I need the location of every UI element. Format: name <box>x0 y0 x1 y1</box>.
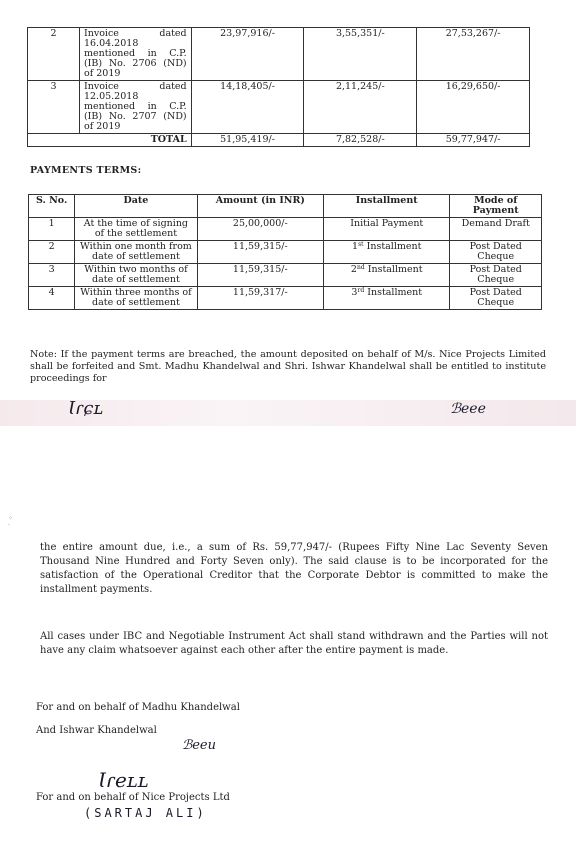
signature-right: ℬeee <box>450 401 486 417</box>
signature-left: Ɩɾɕʟ <box>68 398 103 419</box>
column-header: Installment <box>324 195 450 218</box>
invoice-table: 2 Invoice dated 16.04.2018 mentioned in … <box>27 27 530 147</box>
installment-label: Installment <box>365 264 423 275</box>
serial-no: 1 <box>29 218 75 241</box>
payment-mode: Post Dated Cheque <box>450 264 542 287</box>
installment: 1st Installment <box>324 241 450 264</box>
payment-amount: 25,00,000/- <box>197 218 323 241</box>
page-1: 2 Invoice dated 16.04.2018 mentioned in … <box>0 0 576 425</box>
invoice-description: Invoice dated 16.04.2018 mentioned in C.… <box>79 28 191 81</box>
behalf-khandelwal-line1: For and on behalf of Madhu Khandelwal <box>36 702 240 713</box>
total-interest: 7,82,528/- <box>304 134 417 147</box>
payment-terms-table: S. No.DateAmount (in INR)InstallmentMode… <box>28 194 542 310</box>
installment: 2nd Installment <box>324 264 450 287</box>
total-amount: 27,53,267/- <box>417 28 530 81</box>
installment-label: Initial Payment <box>350 218 423 229</box>
handwritten-name: (SARTAJ ALI) <box>84 806 207 820</box>
total-label: TOTAL <box>28 134 192 147</box>
ordinal-suffix: nd <box>357 264 365 271</box>
payment-row: 2 Within one month from date of settleme… <box>29 241 542 264</box>
installment-label: Installment <box>364 241 422 252</box>
principal-amount: 23,97,916/- <box>191 28 304 81</box>
invoice-row: 2 Invoice dated 16.04.2018 mentioned in … <box>28 28 530 81</box>
total-principal: 51,95,419/- <box>191 134 304 147</box>
serial-no: 4 <box>29 287 75 310</box>
payment-amount: 11,59,317/- <box>197 287 323 310</box>
invoice-row: 3 Invoice dated 12.05.2018 mentioned in … <box>28 81 530 134</box>
payment-date: Within two months of date of settlement <box>75 264 197 287</box>
scan-specks: ⁘· <box>8 515 13 529</box>
breach-note: Note: If the payment terms are breached,… <box>30 349 546 385</box>
payment-date: Within one month from date of settlement <box>75 241 197 264</box>
signature-sartaj-ali: Ɩɾeʟʟ <box>98 768 149 792</box>
payment-date: Within three months of date of settlemen… <box>75 287 197 310</box>
serial-no: 2 <box>28 28 80 81</box>
serial-no: 3 <box>28 81 80 134</box>
installment: Initial Payment <box>324 218 450 241</box>
behalf-khandelwal-line2: And Ishwar Khandelwal <box>36 725 157 736</box>
withdrawal-paragraph: All cases under IBC and Negotiable Instr… <box>40 630 548 658</box>
interest-amount: 2,11,245/- <box>304 81 417 134</box>
serial-no: 2 <box>29 241 75 264</box>
payment-amount: 11,59,315/- <box>197 264 323 287</box>
grand-total: 59,77,947/- <box>417 134 530 147</box>
payment-date: At the time of signing of the settlement <box>75 218 197 241</box>
invoice-description: Invoice dated 12.05.2018 mentioned in C.… <box>79 81 191 134</box>
principal-amount: 14,18,405/- <box>191 81 304 134</box>
payment-mode: Post Dated Cheque <box>450 241 542 264</box>
payment-terms-heading: PAYMENTS TERMS: <box>30 165 141 176</box>
invoice-total-row: TOTAL 51,95,419/- 7,82,528/- 59,77,947/- <box>28 134 530 147</box>
payment-mode: Demand Draft <box>450 218 542 241</box>
payment-row: 4 Within three months of date of settlem… <box>29 287 542 310</box>
column-header: S. No. <box>29 195 75 218</box>
payment-row: 3 Within two months of date of settlemen… <box>29 264 542 287</box>
signature-khandelwal: ℬeeu <box>182 738 216 753</box>
amount-due-paragraph: the entire amount due, i.e., a sum of Rs… <box>40 541 548 597</box>
payment-row: 1 At the time of signing of the settleme… <box>29 218 542 241</box>
payment-mode: Post Dated Cheque <box>450 287 542 310</box>
serial-no: 3 <box>29 264 75 287</box>
column-header: Amount (in INR) <box>197 195 323 218</box>
column-header: Date <box>75 195 197 218</box>
interest-amount: 3,55,351/- <box>304 28 417 81</box>
installment: 3rd Installment <box>324 287 450 310</box>
total-amount: 16,29,650/- <box>417 81 530 134</box>
installment-label: Installment <box>364 287 422 298</box>
column-header: Mode of Payment <box>450 195 542 218</box>
behalf-nice-projects: For and on behalf of Nice Projects Ltd <box>36 792 230 803</box>
payment-amount: 11,59,315/- <box>197 241 323 264</box>
